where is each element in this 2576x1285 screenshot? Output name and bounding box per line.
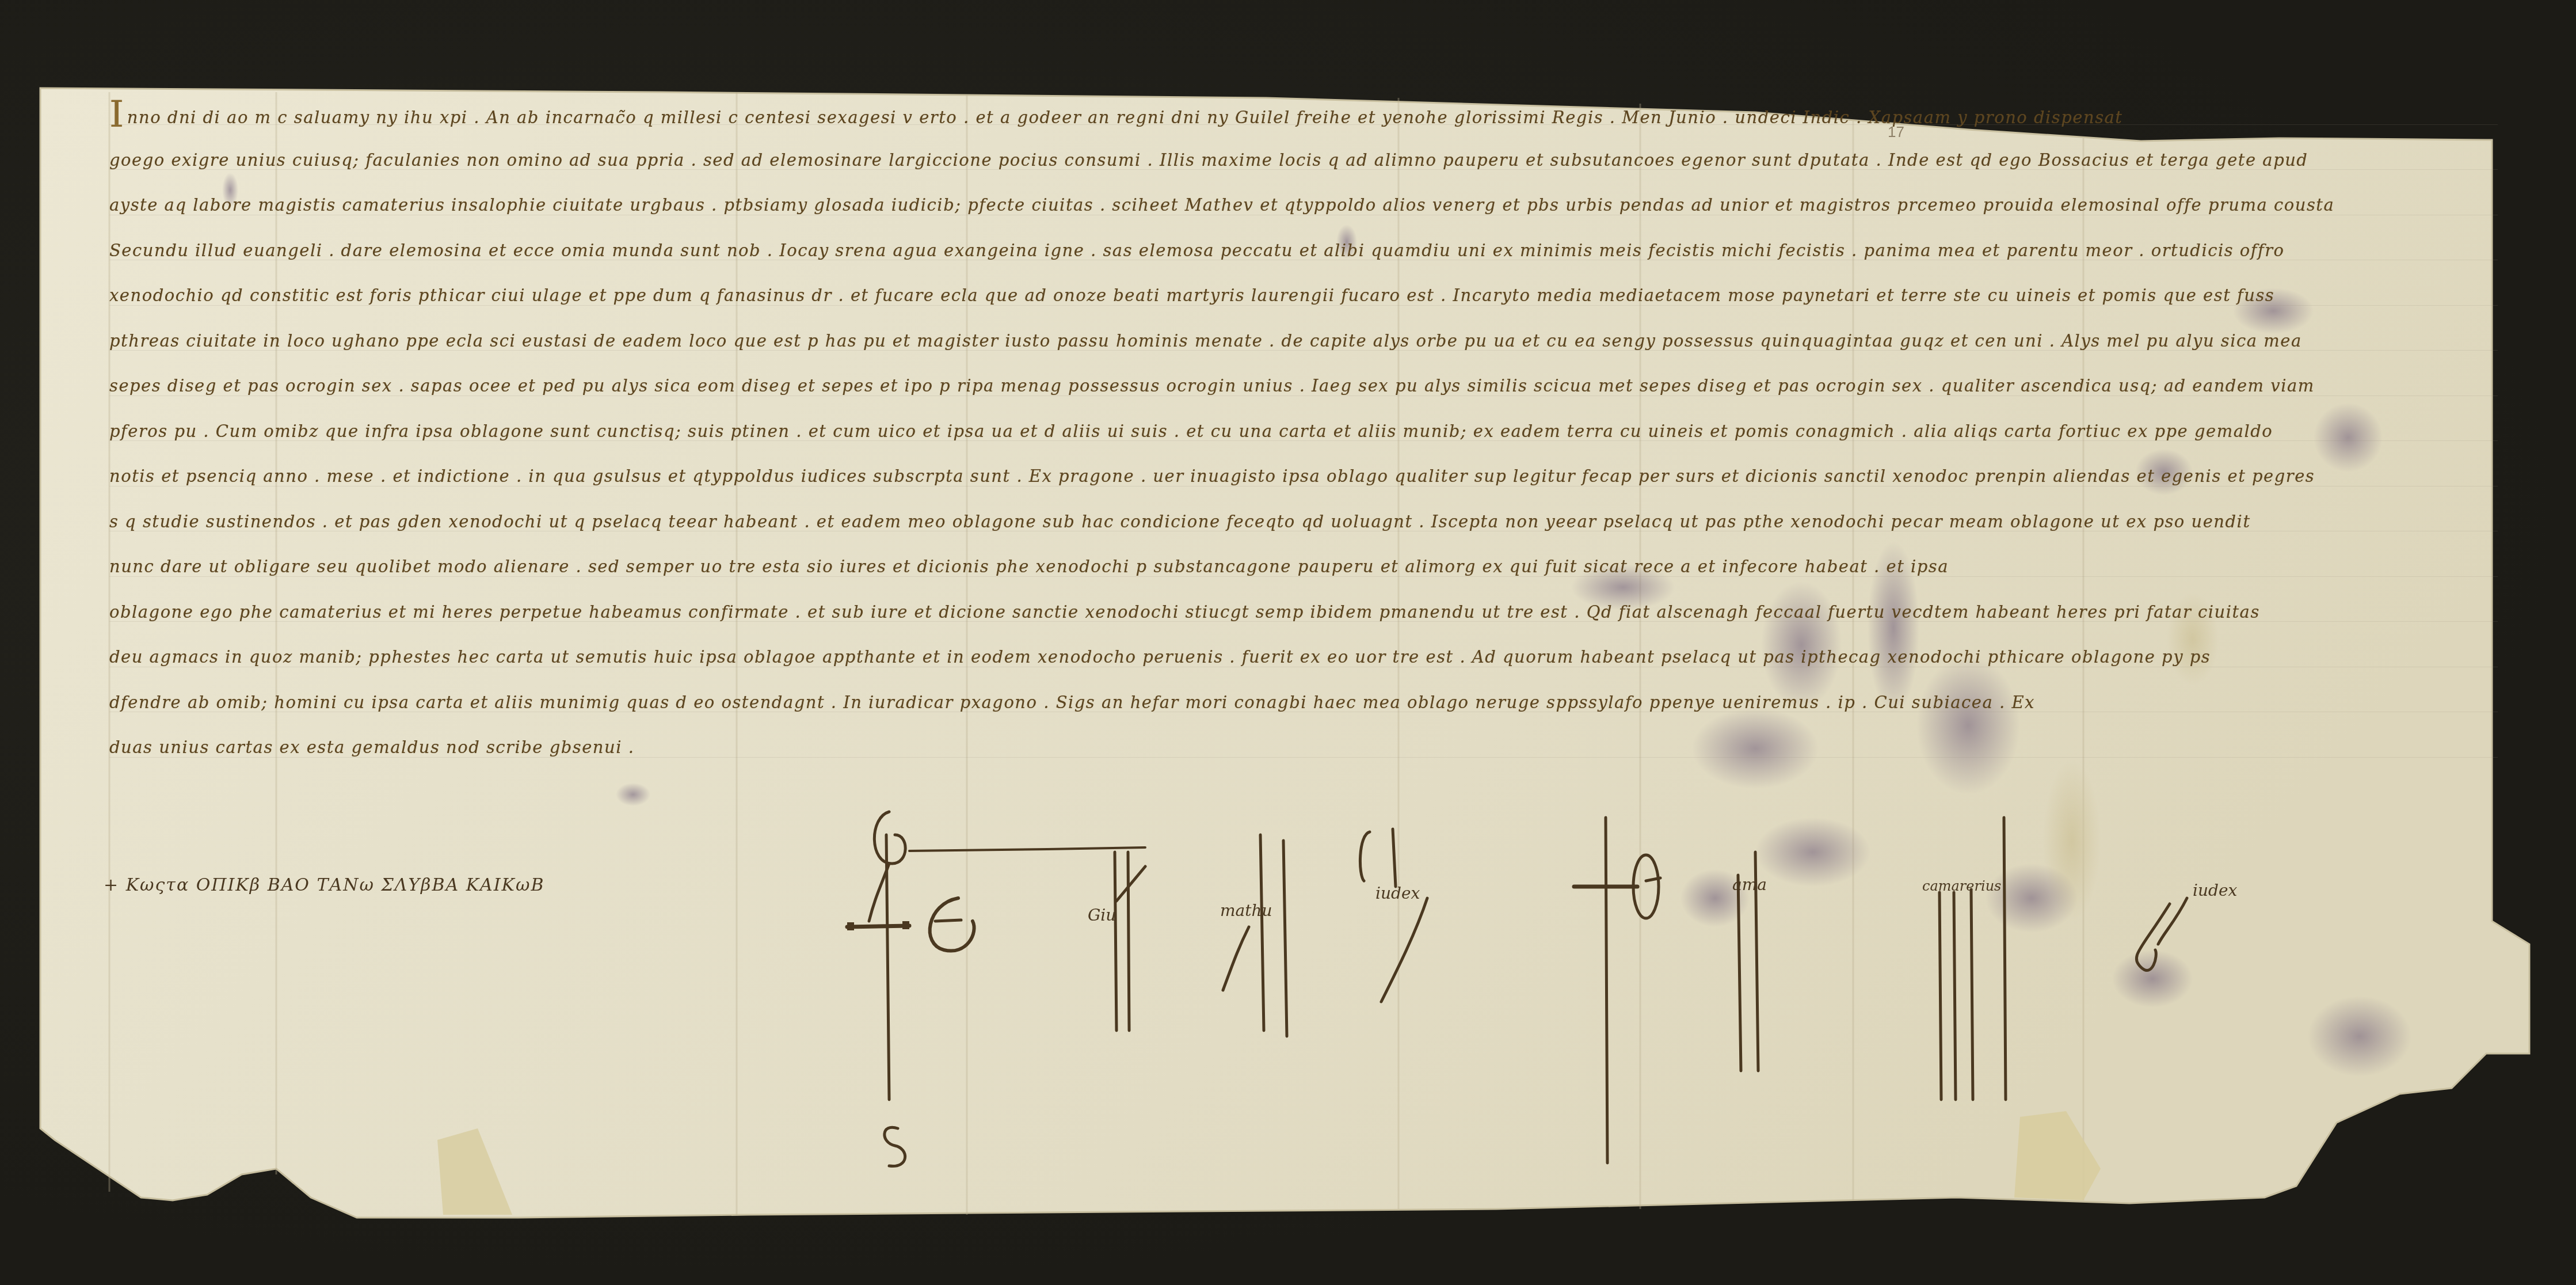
text-line-11: nunc dare ut obligare seu quolibet modo … bbox=[109, 544, 2498, 590]
line-text: s q studie sustinendos . et pas gden xen… bbox=[109, 512, 2251, 531]
text-line-3: ayste aq labore magistis camaterius insa… bbox=[109, 183, 2498, 228]
signature-label-iudex-1: iudex bbox=[1375, 884, 1420, 903]
line-text: dfendre ab omib; homini cu ipsa carta et… bbox=[109, 693, 2035, 712]
line-text: pthreas ciuitate in loco ughano ppe ecla… bbox=[109, 331, 2302, 351]
greek-subscription: + Κωςτα ΟΠΙΚβ ΒΑΟ ΤΑΝω ΣΛΥβΒΑ ΚΑΙΚωΒ bbox=[104, 875, 545, 895]
text-line-8: pferos pu . Cum omibz que infra ipsa obl… bbox=[109, 409, 2498, 454]
text-line-15: duas unius cartas ex esta gemaldus nod s… bbox=[109, 725, 2498, 770]
line-text: nno dni di ao m c saluamy ny ihu xpi . A… bbox=[127, 108, 2123, 127]
signature-label-camarerius: camarerius bbox=[1922, 878, 2001, 894]
text-line-7: sepes diseg et pas ocrogin sex . sapas o… bbox=[109, 363, 2498, 409]
decorated-initial: I bbox=[109, 93, 125, 136]
text-line-5: xenodochio qd constitic est foris pthica… bbox=[109, 273, 2498, 318]
line-text: goego exigre unius cuiusq; faculanies no… bbox=[109, 150, 2308, 170]
text-line-4: Secundu illud euangeli . dare elemosina … bbox=[109, 228, 2498, 273]
text-line-12: oblagone ego phe camaterius et mi heres … bbox=[109, 590, 2498, 635]
text-line-9: notis et psenciq anno . mese . et indict… bbox=[109, 454, 2498, 499]
line-text: oblagone ego phe camaterius et mi heres … bbox=[109, 602, 2260, 622]
text-line-2: goego exigre unius cuiusq; faculanies no… bbox=[109, 138, 2498, 183]
charter-text: Inno dni di ao m c saluamy ny ihu xpi . … bbox=[109, 92, 2498, 770]
text-line-6: pthreas ciuitate in loco ughano ppe ecla… bbox=[109, 318, 2498, 364]
signature-label-mathu: mathu bbox=[1220, 901, 1272, 920]
line-text: notis et psenciq anno . mese . et indict… bbox=[109, 466, 2315, 486]
signature-label-ama: ama bbox=[1732, 875, 1767, 894]
signature-label-giu: Giu bbox=[1088, 906, 1116, 925]
line-text: xenodochio qd constitic est foris pthica… bbox=[109, 286, 2274, 305]
text-line-10: s q studie sustinendos . et pas gden xen… bbox=[109, 499, 2498, 545]
line-text: ayste aq labore magistis camaterius insa… bbox=[109, 195, 2334, 215]
signature-label-iudex-2: iudex bbox=[2193, 881, 2237, 900]
line-text: deu agmacs in quoz manib; pphestes hec c… bbox=[109, 647, 2211, 667]
line-text: pferos pu . Cum omibz que infra ipsa obl… bbox=[109, 421, 2273, 441]
text-line-1: Inno dni di ao m c saluamy ny ihu xpi . … bbox=[109, 92, 2498, 138]
text-line-13: deu agmacs in quoz manib; pphestes hec c… bbox=[109, 634, 2498, 680]
line-text: Secundu illud euangeli . dare elemosina … bbox=[109, 241, 2285, 260]
line-text: nunc dare ut obligare seu quolibet modo … bbox=[109, 557, 1949, 576]
text-line-14: dfendre ab omib; homini cu ipsa carta et… bbox=[109, 680, 2498, 725]
line-text: sepes diseg et pas ocrogin sex . sapas o… bbox=[109, 376, 2315, 396]
line-text: duas unius cartas ex esta gemaldus nod s… bbox=[109, 737, 634, 757]
